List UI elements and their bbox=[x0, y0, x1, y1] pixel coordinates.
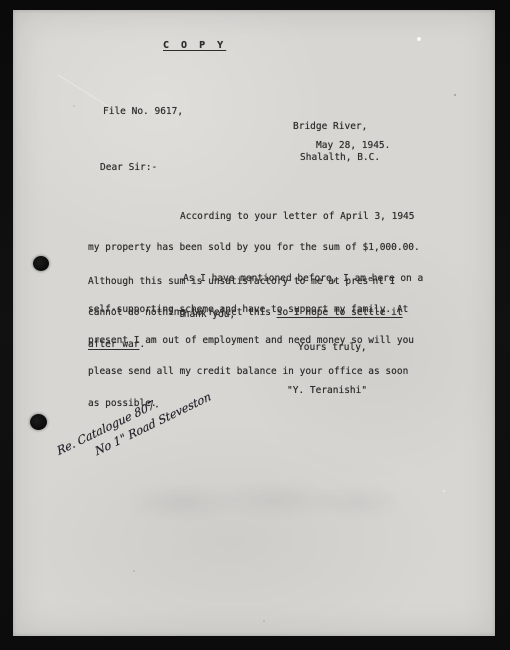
letter-date: May 28, 1945. bbox=[316, 141, 390, 151]
scanned-letter: C O P Y File No. 9617, Bridge River, Sha… bbox=[0, 0, 510, 650]
sender-address-line1: Bridge River, bbox=[293, 122, 380, 132]
p2-line2: self-supporting scheme and have to suppo… bbox=[88, 305, 423, 315]
sender-address-line2: Shalalth, B.C. bbox=[293, 153, 380, 163]
p1-line1: According to your letter of April 3, 194… bbox=[88, 212, 420, 222]
punch-hole-top bbox=[33, 256, 49, 271]
paper-texture-specks bbox=[13, 10, 15, 12]
complimentary-close: Yours truly, bbox=[298, 343, 367, 353]
p2-line3: present I am out of employment and need … bbox=[88, 336, 423, 346]
thank-you: Thank you, bbox=[178, 310, 235, 320]
bleed-through-stamp bbox=[128, 480, 398, 525]
letter-paper: C O P Y File No. 9617, Bridge River, Sha… bbox=[13, 10, 495, 636]
p1-line2: my property has been sold by you for the… bbox=[88, 243, 420, 253]
file-number: File No. 9617, bbox=[103, 107, 183, 117]
copy-heading: C O P Y bbox=[163, 41, 226, 51]
paper-crease bbox=[57, 74, 108, 107]
p2-line4: please send all my credit balance in you… bbox=[88, 367, 423, 377]
salutation: Dear Sir:- bbox=[100, 163, 157, 173]
punch-hole-bottom bbox=[30, 414, 47, 430]
signature: "Y. Teranishi" bbox=[287, 386, 367, 396]
p2-line1: As I have mentioned before, I am here on… bbox=[88, 274, 423, 284]
